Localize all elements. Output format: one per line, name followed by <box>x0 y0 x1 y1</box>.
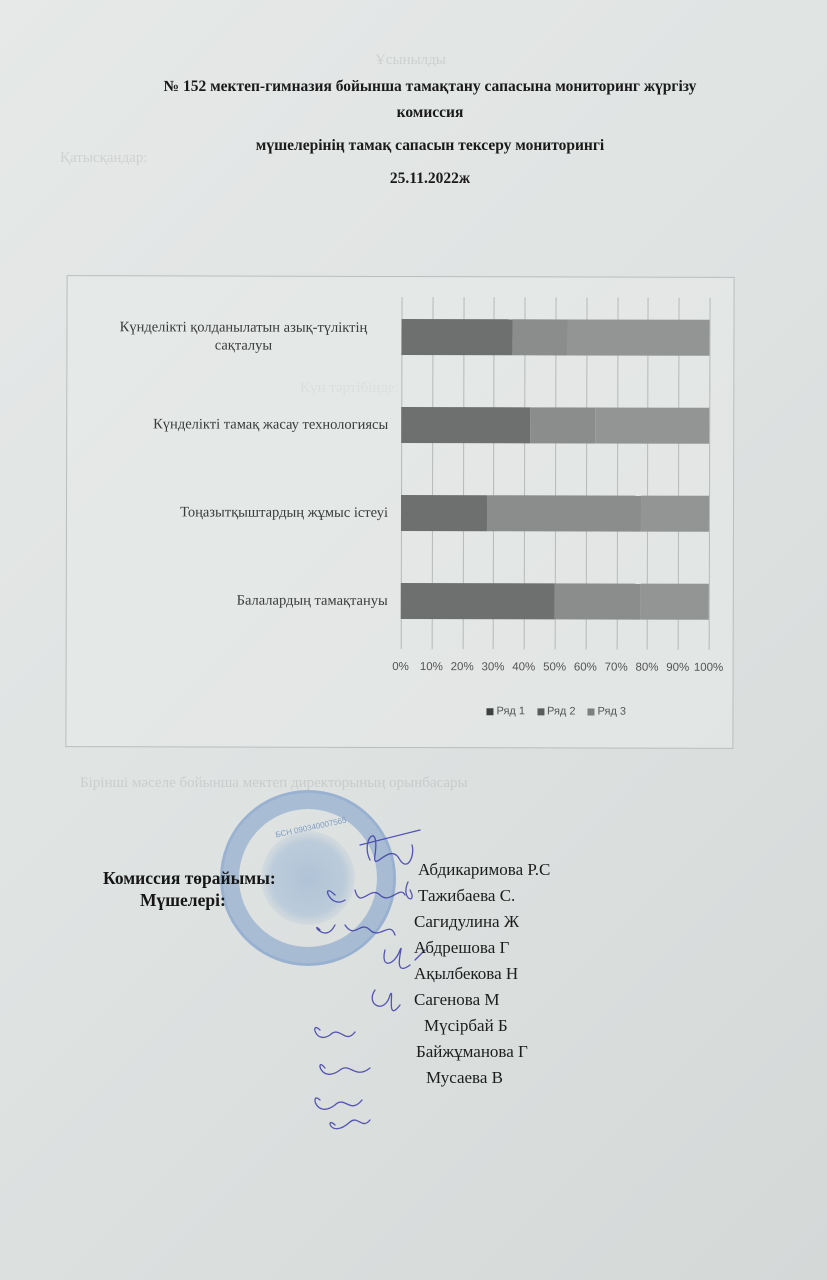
chart-legend: Ряд 1Ряд 2Ряд 3 <box>486 705 626 717</box>
category-label: Тоңазытқыштардың жұмыс істеуі <box>68 503 388 522</box>
x-tick-label: 60% <box>574 661 597 673</box>
bar-segment-ряд-1 <box>401 495 487 531</box>
bar-segment-ряд-2 <box>531 407 596 443</box>
bar-segment-ряд-2 <box>487 495 641 531</box>
category-label: Күнделікті тамақ жасау технологиясы <box>68 415 388 434</box>
member-name: Мүсірбай Б <box>424 1016 508 1036</box>
x-tick-label: 10% <box>420 661 443 673</box>
member-name: Сагидулина Ж <box>414 912 519 932</box>
legend-label: Ряд 2 <box>547 705 576 717</box>
bar-segment-ряд-3 <box>595 408 709 444</box>
bleed-through-text: Ұсынылды <box>375 52 446 69</box>
member-name: Ақылбекова Н <box>414 964 518 984</box>
bar-row <box>401 583 709 620</box>
document-date: 25.11.2022ж <box>100 170 760 188</box>
bar-segment-ряд-2 <box>512 319 568 355</box>
plot-area <box>401 297 710 650</box>
member-name: Тажибаева С. <box>418 886 515 906</box>
bar-row <box>401 407 709 444</box>
category-label: Күнделікті қолданылатын азық-түліктің са… <box>98 318 388 355</box>
bar-segment-ряд-1 <box>401 407 530 443</box>
x-tick-label: 30% <box>481 661 504 673</box>
document-subtitle: мүшелерінің тамақ сапасын тексеру монито… <box>100 137 760 155</box>
bar-segment-ряд-3 <box>568 319 710 355</box>
legend-label: Ряд 1 <box>496 705 525 717</box>
x-axis-ticks: 0%10%20%30%40%50%60%70%80%90%100% <box>68 276 734 278</box>
category-labels: Күнделікті қолданылатын азық-түліктің са… <box>68 276 734 278</box>
x-tick-label: 80% <box>635 662 658 674</box>
x-tick-label: 70% <box>605 662 628 674</box>
x-tick-label: 100% <box>694 662 723 674</box>
legend-item: Ряд 1 <box>486 705 525 717</box>
legend-swatch-icon <box>588 708 595 715</box>
document-title: № 152 мектеп-гимназия бойынша тамақтану … <box>100 78 760 96</box>
member-name: Сагенова М <box>414 990 500 1010</box>
bar-row <box>401 319 709 356</box>
x-tick-label: 0% <box>392 661 409 673</box>
legend-item: Ряд 2 <box>537 705 576 717</box>
bar-segment-ряд-1 <box>401 583 555 619</box>
handwritten-signatures <box>300 800 430 1130</box>
legend-label: Ряд 3 <box>598 706 627 718</box>
stacked-bar-chart: Күнделікті қолданылатын азық-түліктің са… <box>65 275 734 749</box>
bar-segment-ряд-3 <box>641 496 709 532</box>
bar-row <box>401 495 709 532</box>
legend-swatch-icon <box>537 708 544 715</box>
x-tick-label: 90% <box>666 662 689 674</box>
members-label: Мүшелері: <box>140 890 226 911</box>
legend-swatch-icon <box>486 708 493 715</box>
bar-segment-ряд-3 <box>641 584 709 620</box>
member-name: Абдрешова Г <box>414 938 509 958</box>
x-tick-label: 20% <box>451 661 474 673</box>
x-tick-label: 40% <box>512 661 535 673</box>
member-name: Байжұманова Г <box>416 1042 528 1062</box>
legend-item: Ряд 3 <box>588 705 627 717</box>
member-name: Абдикаримова Р.С <box>418 860 550 880</box>
bleed-through-text: Бірінші мәселе бойынша мектеп директорын… <box>80 775 468 792</box>
bar-segment-ряд-1 <box>401 319 512 355</box>
category-label: Балалардың тамақтануы <box>68 591 388 610</box>
chair-label: Комиссия төрайымы: <box>103 868 276 889</box>
document-title-continued: комиссия <box>100 104 760 122</box>
bar-segment-ряд-2 <box>555 583 641 619</box>
member-name: Мусаева В <box>426 1068 503 1088</box>
x-tick-label: 50% <box>543 661 566 673</box>
